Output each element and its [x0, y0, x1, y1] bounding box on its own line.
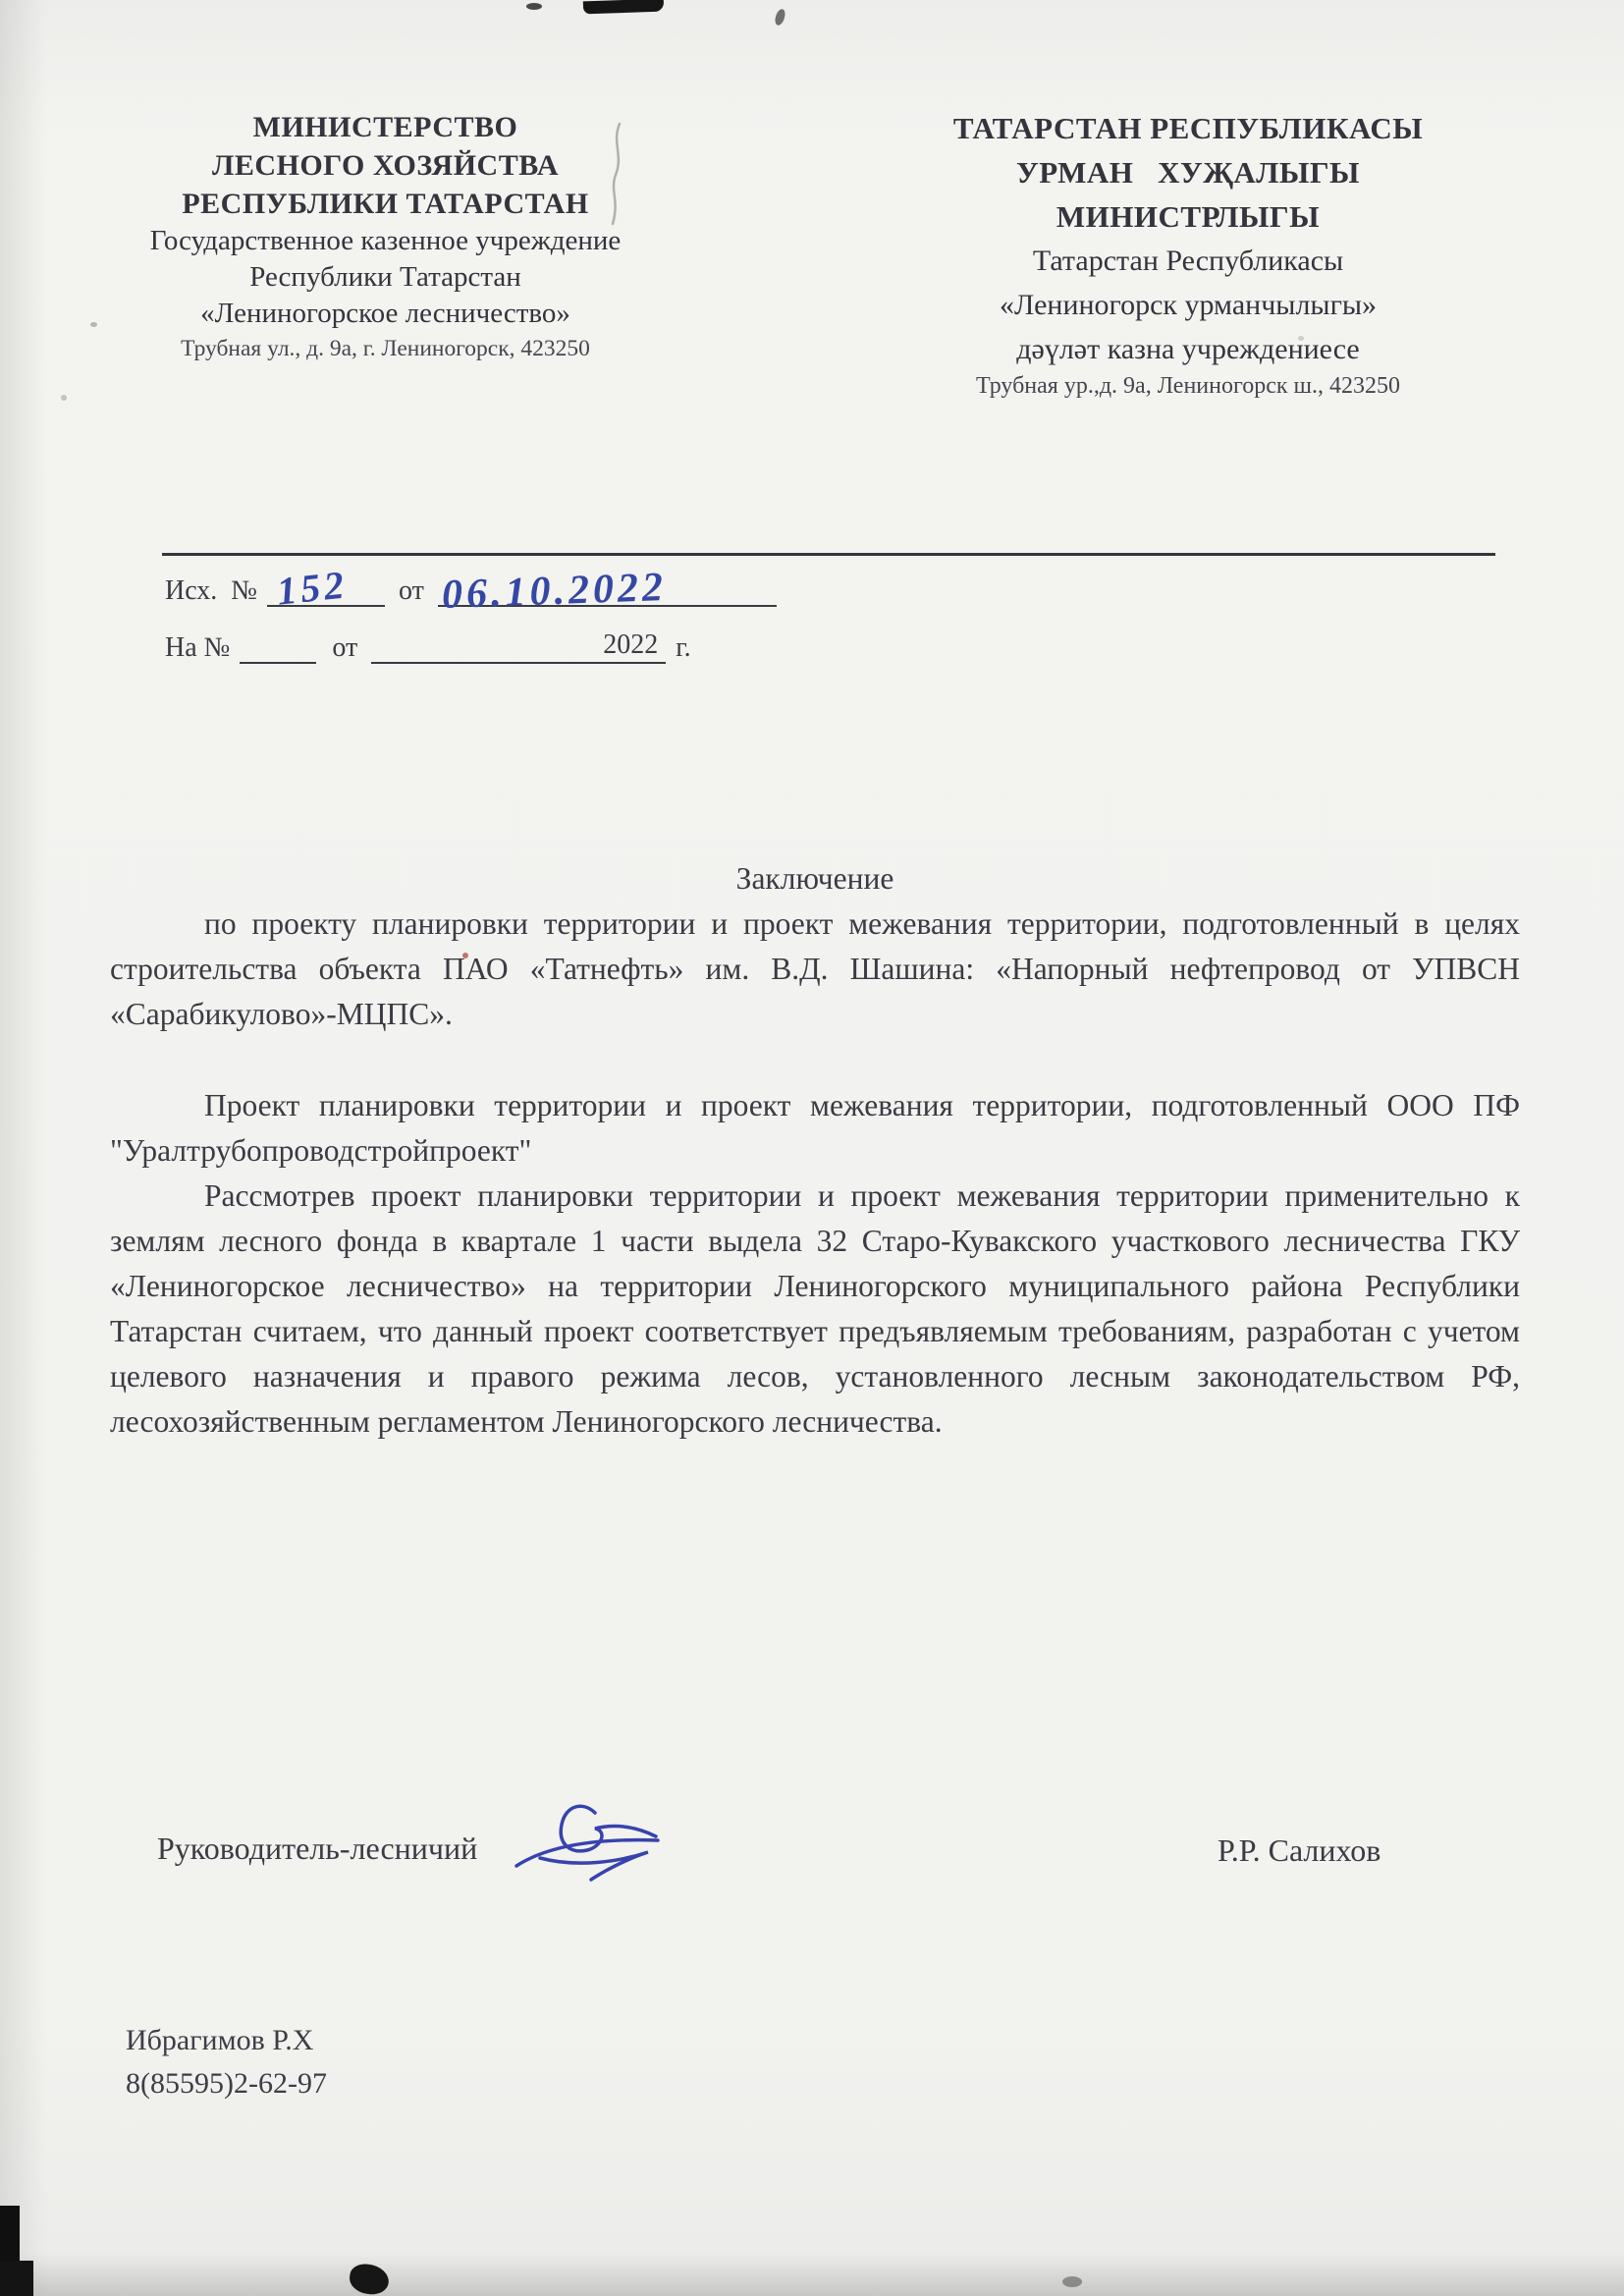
incoming-number-line: На №от2022г.	[165, 630, 691, 664]
institution-line-tatar: дәүләт казна учреждениесе	[874, 327, 1502, 371]
scan-artifact-top-blob	[583, 0, 664, 14]
paragraph-project: Проект планировки территории и проект ме…	[110, 1083, 1520, 1174]
signature-role: Руководитель-лесничий	[157, 1831, 477, 1867]
handwritten-date: 06.10.2022	[441, 564, 668, 619]
ministry-line: РЕСПУБЛИКИ ТАТАРСТАН	[103, 185, 668, 223]
separator-line	[162, 553, 1495, 556]
signature-name: Р.Р. Салихов	[1218, 1832, 1380, 1869]
letter-body: Заключение по проекту планировки террито…	[110, 856, 1520, 1445]
institution-line: «Лениногорское лесничество»	[103, 296, 668, 332]
incoming-label: На №	[165, 632, 230, 663]
letterhead-tatar: ТАТАРСТАН РЕСПУБЛИКАСЫ УРМАН ХУҖАЛЫГЫ МИ…	[874, 106, 1502, 401]
scan-edge-shadow-bottom	[0, 2253, 1624, 2296]
scanned-letter-page: МИНИСТЕРСТВО ЛЕСНОГО ХОЗЯЙСТВА РЕСПУБЛИК…	[0, 0, 1624, 2296]
ministry-line-tatar: ТАТАРСТАН РЕСПУБЛИКАСЫ	[874, 106, 1502, 150]
incoming-number-blank	[240, 630, 316, 664]
institution-line: Государственное казенное учреждение	[103, 223, 668, 259]
typed-year: 2022	[603, 629, 658, 661]
ministry-line: ЛЕСНОГО ХОЗЯЙСТВА	[103, 146, 668, 185]
ministry-line-tatar: МИНИСТРЛЫГЫ	[874, 194, 1502, 239]
executor-block: Ибрагимов Р.Х 8(85595)2-62-97	[126, 2019, 327, 2105]
institution-line: Республики Татарстан	[103, 259, 668, 296]
address-tatar: Трубная ур.,д. 9а, Лениногорск ш., 42325…	[874, 371, 1502, 401]
scan-artifact-top-mark	[774, 8, 787, 27]
outgoing-number-line: Исх. №152от06.10.2022	[165, 574, 777, 607]
paragraph-conclusion: Рассмотрев проект планировки территории …	[110, 1174, 1520, 1445]
scan-artifact-bottom-left	[0, 2261, 33, 2296]
institution-line-tatar: «Лениногорск урманчылыгы»	[874, 283, 1502, 327]
document-title: Заключение	[110, 856, 1520, 902]
scan-artifact-bottom-mark	[1062, 2276, 1082, 2287]
handwritten-number: 152	[275, 561, 351, 614]
executor-phone: 8(85595)2-62-97	[126, 2062, 327, 2105]
incoming-from-label: от	[332, 632, 357, 663]
institution-line-tatar: Татарстан Республикасы	[874, 239, 1502, 283]
year-suffix: г.	[676, 632, 690, 663]
executor-name: Ибрагимов Р.Х	[126, 2019, 327, 2062]
outgoing-label: Исх. №	[165, 575, 257, 606]
scan-edge-shadow-left	[0, 0, 47, 2296]
ministry-line: МИНИСТЕРСТВО	[103, 108, 668, 146]
ministry-line-tatar: УРМАН ХУҖАЛЫГЫ	[874, 150, 1502, 194]
address-russian: Трубная ул., д. 9а, г. Лениногорск, 4232…	[103, 334, 668, 363]
incoming-date-blank: 2022	[371, 630, 666, 664]
scan-speck	[90, 322, 97, 327]
letterhead-russian: МИНИСТЕРСТВО ЛЕСНОГО ХОЗЯЙСТВА РЕСПУБЛИК…	[103, 108, 668, 363]
paragraph-subject: по проекту планировки территории и проек…	[110, 902, 1520, 1037]
signature-scribble	[509, 1799, 695, 1887]
outgoing-from-label: от	[399, 575, 424, 606]
scan-artifact-top-mark	[526, 3, 542, 10]
outgoing-number-blank: 152	[267, 574, 385, 607]
scan-speck	[61, 395, 67, 401]
outgoing-date-blank: 06.10.2022	[438, 574, 777, 607]
